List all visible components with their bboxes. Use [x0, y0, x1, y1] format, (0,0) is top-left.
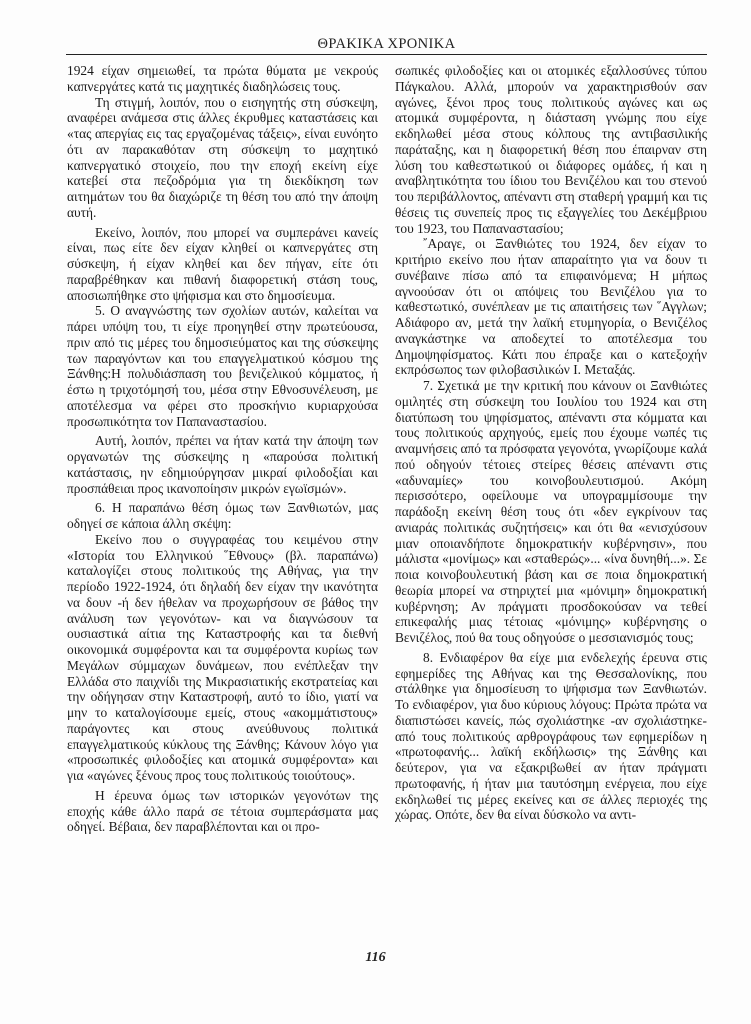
paragraph: Εκείνο που ο συγγραφέας του κειμένου στη… [67, 532, 378, 784]
running-header-title: ΘΡΑΚΙΚΑ ΧΡΟΝΙΚΑ [66, 36, 707, 53]
paragraph: Αυτή, λοιπόν, πρέπει να ήταν κατά την άπ… [67, 433, 378, 496]
paragraph: σωπικές φιλοδοξίες και οι ατομικές εξαλλ… [395, 63, 707, 236]
paragraph: Εκείνο, λοιπόν, που μπορεί να συμπεράνει… [67, 225, 378, 304]
paragraph-section-8: 8. Ενδιαφέρον θα είχε μια ενδελεχής έρευ… [395, 650, 707, 823]
paragraph: Τη στιγμή, λοιπόν, που ο εισηγητής στη σ… [67, 95, 378, 221]
paragraph-section-5: 5. Ο αναγνώστης των σχολίων αυτών, καλεί… [67, 303, 378, 429]
header-rule [66, 54, 707, 55]
journal-page: ΘΡΑΚΙΚΑ ΧΡΟΝΙΚΑ 1924 είχαν σημειωθεί, τα… [0, 0, 751, 1024]
right-text-column: σωπικές φιλοδοξίες και οι ατομικές εξαλλ… [395, 63, 707, 823]
left-text-column: 1924 είχαν σημειωθεί, τα πρώτα θύματα με… [67, 63, 378, 835]
paragraph: ῎Αραγε, οι Ξανθιώτες του 1924, δεν είχαν… [395, 236, 707, 378]
paragraph: 1924 είχαν σημειωθεί, τα πρώτα θύματα με… [67, 63, 378, 95]
paragraph: Η έρευνα όμως των ιστορικών γεγονότων τη… [67, 788, 378, 835]
paragraph-section-6: 6. Η παραπάνω θέση όμως των Ξανθιωτών, μ… [67, 500, 378, 532]
paragraph-section-7: 7. Σχετικά με την κριτική που κάνουν οι … [395, 378, 707, 646]
page-number: 116 [0, 950, 751, 966]
